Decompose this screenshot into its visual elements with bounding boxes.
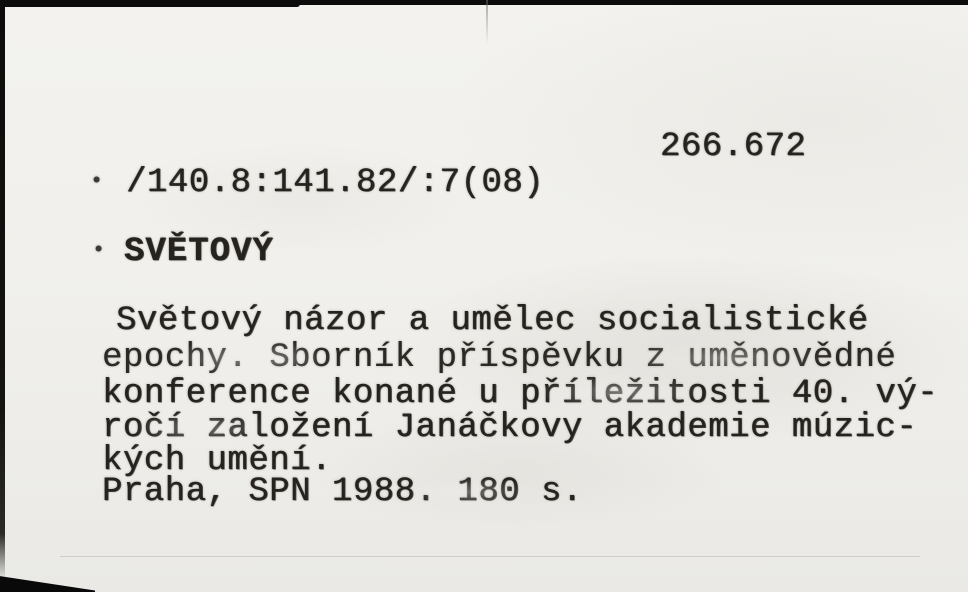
body-line: Světový názor a umělec socialistické (116, 302, 869, 340)
accession-number: 266.672 (660, 128, 806, 166)
margin-dot-icon: • (90, 169, 103, 194)
scan-top-edge-thick (0, 0, 300, 7)
classification-number: /140.8:141.82/:7(08) (126, 164, 544, 202)
body-line: konference konané u příležitosti 40. vý- (102, 375, 938, 413)
catalog-card-scan: 266.672 • /140.8:141.82/:7(08) • SVĚTOVÝ… (0, 0, 968, 592)
body-line: Praha, SPN 1988. 180 s. (102, 473, 583, 511)
scan-left-edge (0, 0, 5, 580)
card-crease-line (486, 0, 488, 44)
body-line: epochy. Sborník příspěvku z uměnovědné (102, 339, 896, 377)
scan-corner-shadow (0, 574, 95, 592)
heading-entry: SVĚTOVÝ (124, 233, 274, 271)
margin-dot-icon: • (92, 238, 105, 263)
scan-scratch-line (60, 556, 920, 557)
